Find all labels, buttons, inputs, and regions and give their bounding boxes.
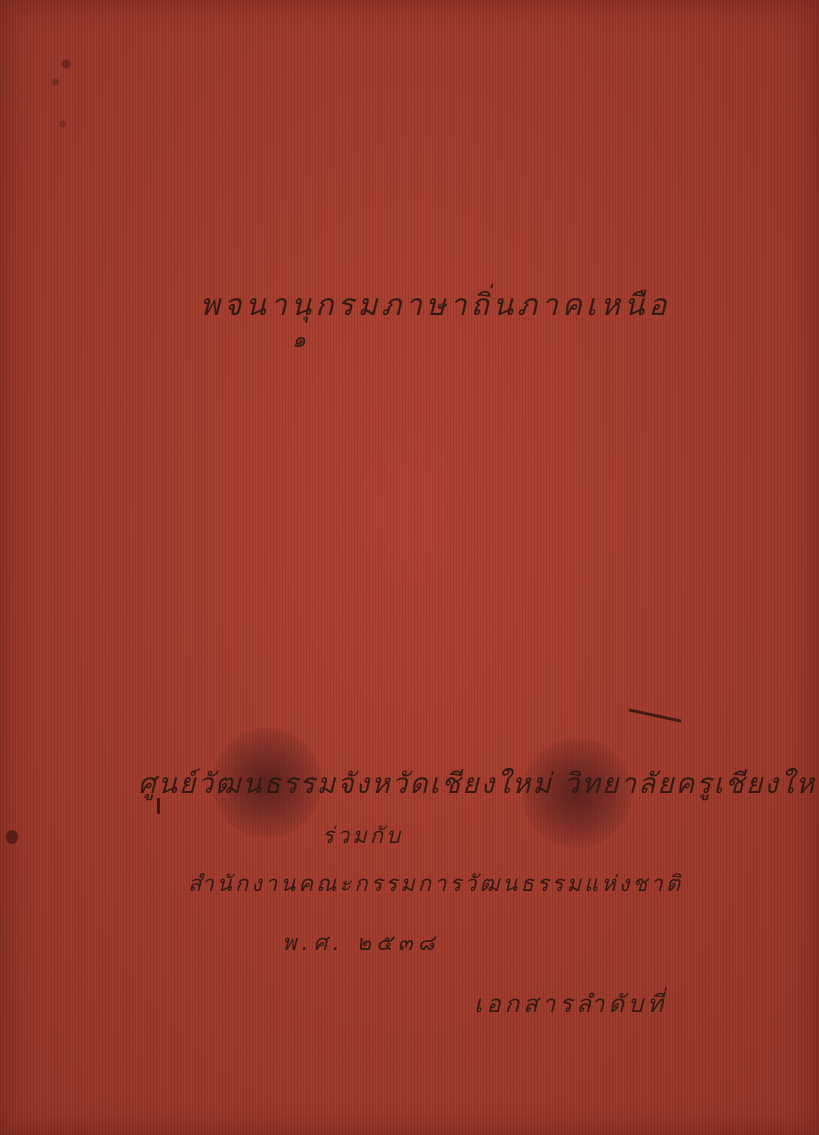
edge-shadow	[0, 0, 819, 1135]
book-cover: พจนานุกรมภาษาถิ่นภาคเหนือ ๑ ศูนย์วัฒนธรร…	[0, 0, 819, 1135]
pen-dash-mark	[628, 708, 681, 722]
ink-speck	[6, 830, 18, 844]
title-annotation: ๑	[292, 322, 309, 357]
organization-line: ศูนย์วัฒนธรรมจังหวัดเชียงใหม่ วิทยาลัยคร…	[138, 762, 819, 806]
spine-wear-marks	[45, 40, 80, 160]
document-number-label: เอกสารลำดับที่	[474, 984, 667, 1023]
office-line: สำนักงานคณะกรรมการวัฒนธรรมแห่งชาติ	[188, 866, 683, 901]
joint-line: ร่วมกับ	[322, 818, 403, 853]
year-line: พ.ศ. ๒๕๓๘	[282, 925, 440, 960]
cover-title: พจนานุกรมภาษาถิ่นภาคเหนือ	[200, 282, 670, 329]
